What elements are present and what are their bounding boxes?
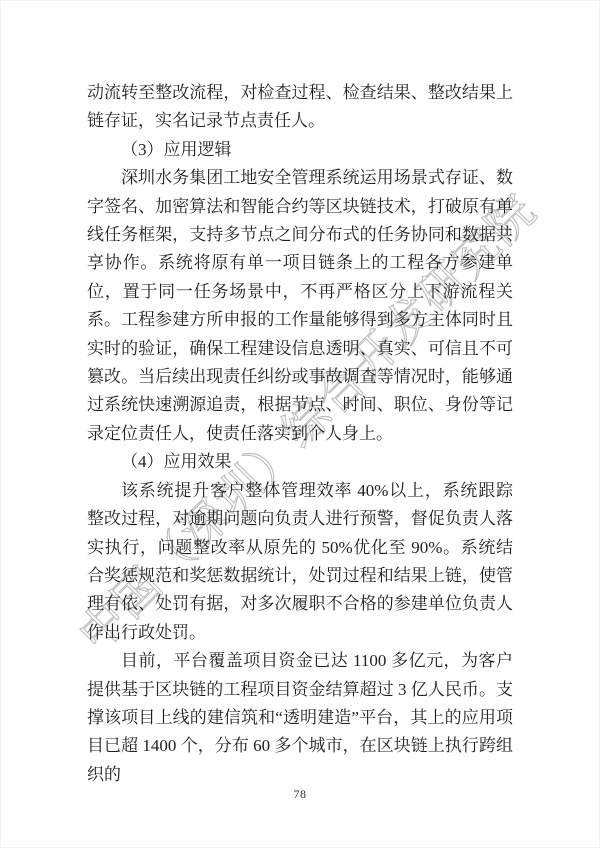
heading-application-logic: （3）应用逻辑 bbox=[87, 136, 513, 164]
heading-application-effect: （4）应用效果 bbox=[87, 448, 513, 476]
document-body-text: 动流转至整改流程，对检查过程、检查结果、整改结果上链存证，实名记录节点责任人。 … bbox=[87, 79, 513, 789]
paragraph-continuation: 动流转至整改流程，对检查过程、检查结果、整改结果上链存证，实名记录节点责任人。 bbox=[87, 79, 513, 136]
page-number: 78 bbox=[0, 787, 600, 802]
document-page: 中国（深圳）综合开发研究院 动流转至整改流程，对检查过程、检查结果、整改结果上链… bbox=[0, 0, 600, 848]
paragraph-application-logic: 深圳水务集团工地安全管理系统运用场景式存证、数字签名、加密算法和智能合约等区块链… bbox=[87, 164, 513, 448]
paragraph-application-effect: 该系统提升客户整体管理效率 40%以上，系统跟踪整改过程，对逾期问题向负责人进行… bbox=[87, 477, 513, 647]
paragraph-platform-stats: 目前，平台覆盖项目资金已达 1100 多亿元，为客户提供基于区块链的工程项目资金… bbox=[87, 647, 513, 789]
